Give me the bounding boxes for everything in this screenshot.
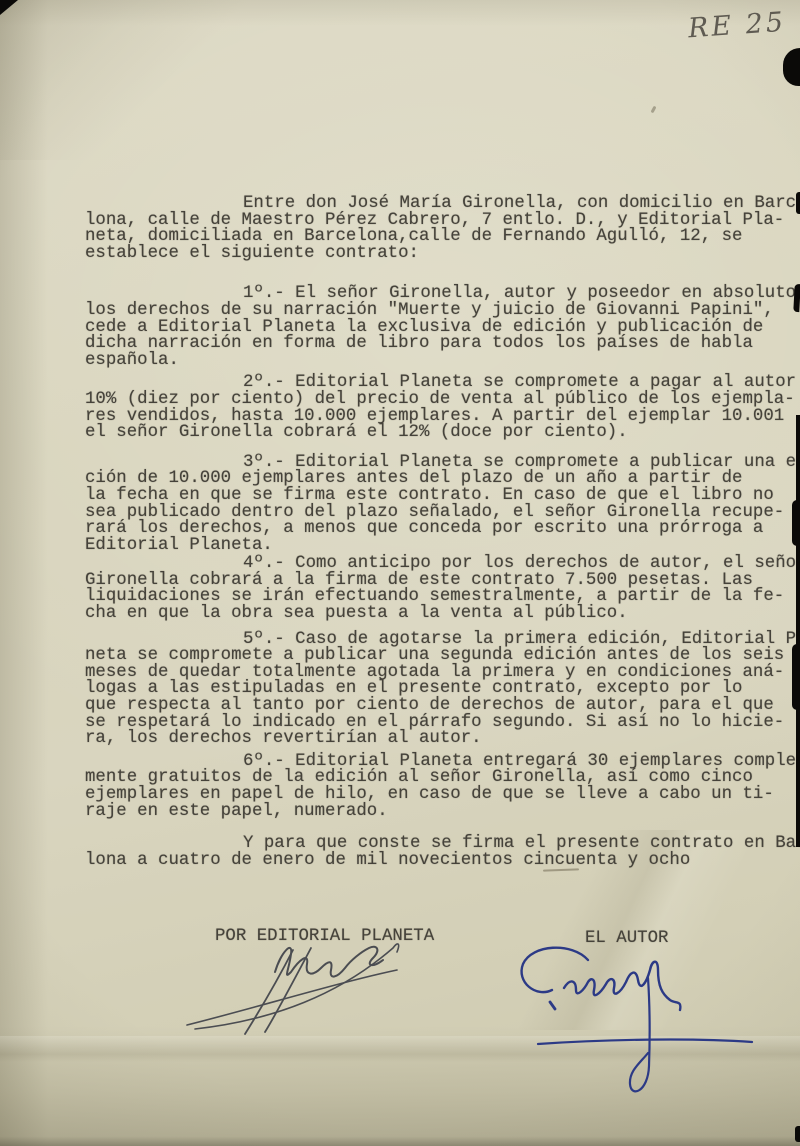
paper-fold-shading	[0, 0, 260, 160]
publisher-signature	[125, 930, 425, 1050]
paper-top-shadow	[0, 0, 800, 26]
publisher-signature-label: POR EDITORIAL PLANETA	[215, 929, 434, 946]
clause-2: 2º.- Editorial Planeta se compromete a p…	[85, 375, 800, 441]
scan-corner-mark-topleft	[0, 0, 18, 15]
paragraph-intro: Entre don José María Gironella, con domi…	[85, 196, 800, 262]
paper-left-shadow	[0, 0, 48, 1146]
clause-4: 4º.- Como anticipo por los derechos de a…	[85, 556, 800, 622]
paper-crease	[0, 1036, 800, 1062]
scan-edge-mark	[793, 284, 800, 312]
scan-edge-mark	[792, 500, 800, 546]
author-signature-label: EL AUTOR	[585, 931, 669, 948]
paper-bottom-shadow	[0, 1026, 800, 1146]
contract-body: Entre don José María Gironella, con domi…	[85, 196, 800, 869]
reference-annotation: RE 25	[687, 7, 787, 45]
closing-paragraph: Y para que conste se firma el presente c…	[85, 836, 800, 869]
scan-edge-mark-bottomright	[795, 1126, 800, 1142]
author-signature	[500, 938, 770, 1113]
stray-pencil-mark	[543, 868, 579, 871]
scanned-contract-page: RE 25 Entre don José María Gironella, co…	[0, 0, 800, 1146]
scan-edge-strip-right	[796, 415, 800, 847]
scan-edge-mark	[792, 644, 800, 710]
clause-5: 5º.- Caso de agotarse la primera edición…	[85, 632, 800, 748]
clause-3: 3º.- Editorial Planeta se compromete a p…	[85, 455, 800, 555]
ink-speck	[651, 106, 657, 114]
scan-edge-blob-topright	[783, 48, 800, 86]
scan-edge-mark	[796, 192, 800, 214]
clause-6: 6º.- Editorial Planeta entregará 30 ejem…	[85, 754, 800, 820]
clause-1: 1º.- El señor Gironella, autor y poseedo…	[85, 286, 800, 369]
